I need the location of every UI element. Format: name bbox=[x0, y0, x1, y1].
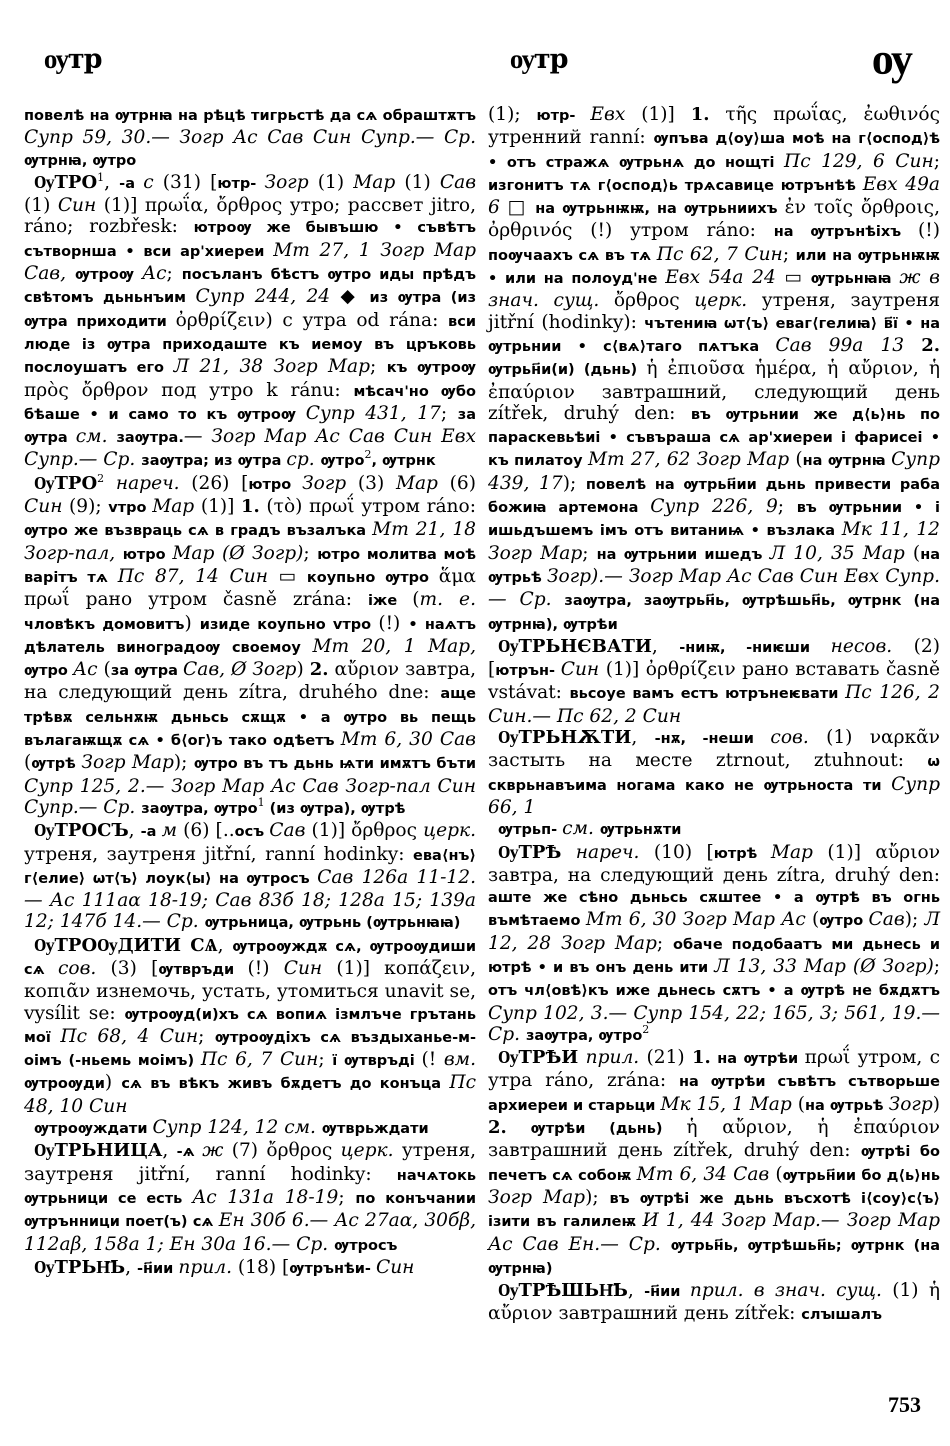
entry-text: Л 21, 38 Зогр Мар bbox=[174, 356, 370, 377]
entry-text: Сав bbox=[440, 172, 476, 193]
entry-text: (! bbox=[421, 1049, 443, 1070]
entry-text: сов. bbox=[58, 958, 111, 979]
entry-text: осъ bbox=[235, 824, 270, 840]
entry-text: см. bbox=[76, 426, 117, 447]
entry-text: ( bbox=[412, 589, 419, 610]
dictionary-entry: повелѣ на ѹтрнꙗ на рѣцѣ тигрьстѣ да сѧ о… bbox=[24, 104, 476, 172]
headword: ѸТРЬНЄВАТИ bbox=[498, 636, 652, 657]
entry-text: (3) bbox=[358, 473, 396, 494]
entry-text: ѹтрьп- bbox=[498, 822, 562, 838]
entry-text: с bbox=[143, 172, 163, 193]
entry-text: Л 10, 35 Мар bbox=[770, 543, 913, 564]
entry-text: -а bbox=[141, 824, 162, 840]
entry-text: Син bbox=[58, 195, 104, 216]
entry-text: (1) bbox=[318, 172, 353, 193]
entry-text: Мт 6, 34 Сав bbox=[637, 1164, 776, 1185]
entry-text: повелѣ на ѹтрнꙗ на рѣцѣ тигрьстѣ да сѧ о… bbox=[24, 108, 476, 124]
entry-text: изгонитъ тѧ г⟨оспод⟩ь трѧсавице ютрънѣѣ bbox=[488, 178, 863, 194]
entry-text: ; bbox=[318, 1049, 332, 1070]
entry-text: ѹтрѣи (дьнь) bbox=[507, 1121, 687, 1137]
entry-text: Евх bbox=[590, 104, 641, 125]
entry-text: ; bbox=[167, 263, 182, 284]
entry-text: (6) bbox=[450, 473, 476, 494]
dictionary-entry: ѸТРЬНЄВАТИ, -ниѭ, -ниѥши несов. (2) [ютр… bbox=[488, 636, 940, 727]
entry-text: 2. bbox=[488, 1117, 507, 1138]
entry-text: сов. bbox=[770, 727, 826, 748]
entry-text: (18) [ bbox=[238, 1257, 289, 1278]
entry-text: Мт 20, 1 Мар, bbox=[312, 636, 476, 657]
entry-text: ( bbox=[795, 449, 802, 470]
entry-text: , bbox=[652, 636, 679, 657]
entry-text: (26) [ bbox=[191, 473, 248, 494]
entry-text: Сав bbox=[269, 820, 311, 841]
entry-text: (1)] ὄρθρος bbox=[312, 820, 424, 841]
dictionary-entry: ѸТРЬН҃Ь, -н҃ии прил. (18) [ѹтрънѣи- Син bbox=[24, 1257, 476, 1280]
headword: ѸТРѢШЬН҃Ь bbox=[498, 1280, 628, 1301]
entry-text: ▭ bbox=[784, 267, 810, 288]
entry-text: ); bbox=[174, 752, 194, 773]
entry-text: вьсоуе вамъ естъ ютрънеѥвати bbox=[569, 686, 845, 702]
entry-text: (21) bbox=[647, 1047, 692, 1068]
entry-text: ѹтро же възвраць сѧ в градъ възалъка bbox=[24, 523, 372, 539]
entry-text: несов. bbox=[831, 636, 914, 657]
entry-text: Син bbox=[284, 958, 337, 979]
entry-text: ѹтроѹждати bbox=[34, 1121, 153, 1137]
entry-text: 1. bbox=[691, 104, 710, 125]
dictionary-entry: ѹтроѹждати Супр 124, 12 см. ѹтврьждати bbox=[24, 1117, 476, 1140]
entry-text: ; bbox=[370, 356, 387, 377]
dictionary-entry: ѸТРО2 нареч. (26) [ютро Зогр (3) Мар (6)… bbox=[24, 473, 476, 820]
entry-text: ѹтрьнꙗꙗ bbox=[811, 271, 900, 287]
entry-text: ); bbox=[585, 1187, 609, 1208]
entry-text: ср. bbox=[286, 449, 320, 470]
entry-text: Мт 27, 62 Зогр Мар bbox=[588, 449, 795, 470]
entry-text: (10) [ bbox=[654, 842, 714, 863]
headword: ѸТРЬНИЦА bbox=[34, 1140, 162, 1161]
entry-text: Ас bbox=[73, 659, 104, 680]
entry-text: -н҃ии bbox=[137, 1261, 178, 1277]
entry-text: (1); bbox=[488, 104, 537, 125]
running-head-left: ѹтр bbox=[44, 44, 101, 75]
entry-text: заѹтра. bbox=[116, 430, 183, 446]
entry-text: Зогр bbox=[302, 473, 358, 494]
entry-text: πρὸς ὄρθρον под утро k ránu: bbox=[24, 380, 354, 401]
entry-text: Мт 6, 30 Сав bbox=[341, 729, 476, 750]
entry-text: церк. bbox=[341, 1140, 402, 1161]
entry-text: ( bbox=[775, 1164, 782, 1185]
entry-text: Сав, Ø Зогр bbox=[183, 659, 296, 680]
entry-text: Син bbox=[561, 659, 606, 680]
entry-text: ютрѣ bbox=[714, 846, 771, 862]
entry-text: на ѹтрънѣіхъ bbox=[774, 224, 918, 240]
entry-text: (7) ὄρθρος bbox=[232, 1140, 341, 1161]
entry-text: іже bbox=[368, 593, 412, 609]
entry-text: 1. bbox=[241, 496, 260, 517]
entry-text: , bbox=[104, 172, 119, 193]
entry-text: (9); bbox=[69, 496, 108, 517]
entry-text: -ниѭ, -ниѥши bbox=[679, 640, 830, 656]
entry-text: Син bbox=[376, 1257, 414, 1278]
entry-text: -н҃ии bbox=[644, 1284, 690, 1300]
entry-text: изиде коупьно vтро bbox=[200, 617, 379, 633]
entry-text: ѹтрьн҃ии бо д⟨ь⟩нь bbox=[783, 1168, 940, 1184]
entry-text: прил. в знач. сущ. bbox=[690, 1280, 892, 1301]
entry-text: ; bbox=[441, 403, 458, 424]
entry-text: ѹтро bbox=[819, 913, 868, 929]
entry-text: Мар bbox=[353, 172, 404, 193]
entry-text: ); bbox=[563, 473, 586, 494]
dictionary-entry: ѸТРѢШЬН҃Ь, -н҃ии прил. в знач. сущ. (1) … bbox=[488, 1280, 940, 1327]
running-head-letter: ѹ bbox=[872, 34, 909, 85]
entry-text: Пс 129, 6 Син bbox=[784, 151, 934, 172]
headword: ѸТРЬН҃Ь bbox=[34, 1257, 125, 1278]
entry-text: , bbox=[218, 935, 233, 956]
entry-text: Супр 124, 12 см. bbox=[153, 1117, 322, 1138]
entry-text: 2 bbox=[642, 1023, 649, 1036]
entry-text: ; bbox=[198, 1026, 215, 1047]
entry-text: ѹтроѹ bbox=[75, 267, 142, 283]
entry-text: , bbox=[631, 727, 654, 748]
dictionary-entry: ѸТРѢ нареч. (10) [ютрѣ Мар (1)] αὔριον з… bbox=[488, 842, 940, 1048]
dictionary-entry: ѹтрьп- см. ѹтрьнѫти bbox=[488, 818, 940, 841]
entry-text: ; bbox=[778, 496, 797, 517]
entry-text: Евх 54а 24 bbox=[665, 267, 784, 288]
entry-text: ѹтрѣ bbox=[31, 756, 81, 772]
entry-text: vтро bbox=[108, 500, 152, 516]
headword: ѸТРОСЪ bbox=[34, 820, 129, 841]
entry-text: □ bbox=[508, 197, 536, 218]
entry-text: сѧ въ вѣкъ живъ бѫдетъ до конъца bbox=[121, 1076, 449, 1092]
entry-text: , bbox=[125, 1257, 137, 1278]
entry-text: (6) [.. bbox=[183, 820, 234, 841]
entry-text: Ас 131а 18-19 bbox=[192, 1187, 338, 1208]
entry-text: ѹтрьнѫти bbox=[600, 822, 682, 838]
entry-text: (из ѹтра), ѹтрѣ bbox=[265, 801, 406, 817]
entry-text: ὄρθρος bbox=[614, 290, 694, 311]
entry-text: ; bbox=[338, 1187, 355, 1208]
entry-text: (!) bbox=[248, 958, 284, 979]
entry-text: на ѹтрнꙗ bbox=[803, 453, 891, 469]
entry-text: ютро bbox=[123, 547, 173, 563]
entry-text: ѹтро въ тъ дьнь ѩти имѫтъ бъти bbox=[194, 756, 476, 772]
entry-text: церк. bbox=[423, 820, 476, 841]
entry-text: -нѫ, -неши bbox=[655, 731, 771, 747]
entry-text: (!) bbox=[378, 613, 408, 634]
entry-text: Мк 15, 1 Мар bbox=[660, 1094, 797, 1115]
dictionary-entry: ѸТРЬНѪТИ, -нѫ, -неши сов. (1) ναρκᾶν зас… bbox=[488, 727, 940, 818]
entry-text: отъ чл⟨овѣ⟩къ иже дьнесь сѫтъ • а ѹтрѣ н… bbox=[488, 983, 940, 999]
entry-text: вм. bbox=[444, 1049, 476, 1070]
headword: ѸТРОѸДИТИ СѦ bbox=[34, 935, 218, 956]
dictionary-entry: ѸТРОѸДИТИ СѦ, ѹтроѹждѫ сѧ, ѹтроѹдиши сѧ … bbox=[24, 935, 476, 1117]
entry-text: ; bbox=[783, 244, 796, 265]
entry-text: Зогр Мар bbox=[488, 1187, 585, 1208]
entry-text: Мар bbox=[771, 842, 827, 863]
entry-text: ѹтрнꙗ, ѹтро bbox=[24, 153, 136, 169]
entry-text: см. bbox=[562, 818, 600, 839]
running-head-center: ѹтр bbox=[510, 44, 567, 75]
entry-text: -ѧ bbox=[177, 1144, 203, 1160]
entry-text: ( bbox=[104, 659, 111, 680]
dictionary-column-left: повелѣ на ѹтрнꙗ на рѣцѣ тигрьстѣ да сѧ о… bbox=[24, 104, 476, 1280]
entry-text: -а bbox=[119, 176, 143, 192]
entry-text: Син bbox=[24, 496, 69, 517]
entry-text: ї ѹтвръді bbox=[332, 1053, 421, 1069]
entry-text: Мт 6, 30 Зогр Мар Ас bbox=[586, 909, 812, 930]
entry-text: ѹтроѹди bbox=[24, 1076, 105, 1092]
entry-text: Мар bbox=[396, 473, 450, 494]
entry-text: (31) [ bbox=[163, 172, 218, 193]
entry-text: ; bbox=[582, 543, 596, 564]
dictionary-entry: ѸТРѢИ прил. (21) 1. на ѹтрѣи πρωΐ утром,… bbox=[488, 1047, 940, 1280]
entry-text: ѹтро bbox=[24, 663, 73, 679]
entry-text: м bbox=[162, 820, 183, 841]
entry-text: (!) bbox=[918, 220, 940, 241]
entry-text: ) bbox=[933, 1094, 940, 1115]
entry-text: прил. bbox=[578, 1047, 646, 1068]
entry-text: ) bbox=[105, 1072, 121, 1093]
entry-text: поѹчаахъ сѧ въ тѧ bbox=[488, 248, 657, 264]
entry-text: 1. bbox=[692, 1047, 711, 1068]
entry-text: ж bbox=[202, 1140, 231, 1161]
entry-text: на ѹтрѣи bbox=[711, 1051, 805, 1067]
entry-text: ѹтро bbox=[321, 453, 365, 469]
entry-text: (1)] bbox=[201, 496, 241, 517]
entry-text: Сав bbox=[869, 909, 905, 930]
entry-text: церк. bbox=[694, 290, 761, 311]
entry-text: на ѹтрьнѭѭ, на ѹтрьниихъ bbox=[535, 201, 784, 217]
entry-text: , bbox=[162, 1140, 176, 1161]
entry-text: ) bbox=[184, 613, 199, 634]
entry-text: Супр 431, 17 bbox=[306, 403, 441, 424]
entry-text: 1 bbox=[258, 796, 265, 809]
entry-text: Пс 87, 14 Син bbox=[118, 566, 279, 587]
entry-text: (3) [ bbox=[111, 958, 159, 979]
entry-text: нареч. bbox=[561, 842, 654, 863]
entry-text: ◆ bbox=[340, 286, 369, 307]
dictionary-entry: ѸТРОСЪ, -а м (6) [..осъ Сав (1)] ὄρθρος … bbox=[24, 820, 476, 934]
headword: ѸТРО bbox=[34, 473, 97, 494]
entry-text: прил. bbox=[178, 1257, 238, 1278]
entry-text: ▭ bbox=[279, 566, 307, 587]
entry-text: заѹтра; из ѹтра bbox=[141, 453, 286, 469]
entry-text: ); bbox=[905, 909, 925, 930]
headword: ѸТРѢ bbox=[498, 842, 561, 863]
entry-text: (1)] bbox=[641, 104, 690, 125]
entry-text: ; bbox=[657, 933, 673, 954]
entry-text: Супр 244, 24 bbox=[196, 286, 341, 307]
entry-text: нареч. bbox=[104, 473, 191, 494]
entry-text: ютр- bbox=[537, 108, 591, 124]
entry-text: Зогр Мар bbox=[81, 752, 174, 773]
entry-text: Л 13, 33 Мар (Ø Зогр) bbox=[714, 956, 934, 977]
headword: ѸТРѢИ bbox=[498, 1047, 578, 1068]
entry-text: заѹтра, ѹтро bbox=[526, 1028, 642, 1044]
entry-text: ; bbox=[934, 956, 940, 977]
entry-text: , bbox=[628, 1280, 644, 1301]
dictionary-entry: ѸТРО1, -а с (31) [ютр- Зогр (1) Мар (1) … bbox=[24, 172, 476, 473]
entry-text: 2. bbox=[310, 659, 329, 680]
entry-text: ютрън- bbox=[495, 663, 560, 679]
entry-text: Мар bbox=[152, 496, 201, 517]
entry-text: (1) bbox=[404, 172, 439, 193]
entry-text: Пс 6, 7 Син bbox=[201, 1049, 319, 1070]
entry-text: ; bbox=[303, 543, 317, 564]
entry-text: ( bbox=[798, 1094, 805, 1115]
entry-text: Зогр bbox=[265, 172, 318, 193]
entry-text: Пс 62, 7 Син bbox=[657, 244, 783, 265]
entry-text: Мар (Ø Зогр) bbox=[172, 543, 303, 564]
entry-text: , bbox=[129, 820, 141, 841]
entry-text: (τὸ) πρωΐ утром ráno: bbox=[260, 496, 476, 517]
entry-text: къ ѹтроѹ bbox=[387, 360, 476, 376]
entry-text: Сав 99а 13 bbox=[775, 335, 921, 356]
headword: ѸТРЬНѪТИ bbox=[498, 727, 631, 748]
entry-text: 2. bbox=[921, 335, 940, 356]
dictionary-entry: (1); ютр- Евх (1)] 1. τῆς πρωΐας, ἐωθινό… bbox=[488, 104, 940, 636]
entry-text: на ѹтрьѣ bbox=[805, 1098, 889, 1114]
entry-text: заѹтра, ѹтро bbox=[141, 801, 257, 817]
headword: ѸТРО bbox=[34, 172, 97, 193]
entry-text: за ѹтра bbox=[111, 663, 183, 679]
entry-text: чловѣкъ домовитъ bbox=[24, 617, 184, 633]
entry-text: слꙑшалъ bbox=[801, 1307, 882, 1323]
dictionary-column-right: (1); ютр- Евх (1)] 1. τῆς πρωΐας, ἐωθινό… bbox=[488, 104, 940, 1327]
entry-text: Супр 226, 9 bbox=[650, 496, 778, 517]
entry-text: ѹтврьждати bbox=[322, 1121, 429, 1137]
entry-text: Супр 59, 30.— Зогр Ас Сав Син Супр.— Ср. bbox=[24, 127, 476, 148]
entry-text: утреня, заутреня jitřní, ranní hodinky: bbox=[24, 844, 413, 865]
page-number: 753 bbox=[888, 1392, 921, 1418]
entry-text: ютро bbox=[248, 477, 302, 493]
entry-text: т. е. bbox=[420, 589, 476, 610]
entry-text: ѹтрьн҃и(и) (дьнь) bbox=[488, 362, 646, 378]
entry-text: коупьно ѹтро bbox=[307, 570, 439, 586]
dictionary-entry: ѸТРЬНИЦА, -ѧ ж (7) ὄρθρος церк. утреня, … bbox=[24, 1140, 476, 1256]
entry-text: на ѹтрьнии ишедъ bbox=[597, 547, 770, 563]
entry-text: ѹтросъ bbox=[334, 1238, 397, 1254]
entry-text: Зогр bbox=[889, 1094, 933, 1115]
entry-text: ὀρθρίζειν) с утра od rána: bbox=[176, 310, 448, 331]
entry-text: Пс 68, 4 Син bbox=[60, 1026, 198, 1047]
entry-text: ; bbox=[934, 151, 940, 172]
entry-text: ) bbox=[296, 659, 309, 680]
entry-text: ютр- bbox=[217, 176, 264, 192]
entry-text: Ас bbox=[142, 263, 167, 284]
entry-text: ѹтрънѣи- bbox=[289, 1261, 376, 1277]
entry-text: ѹтвръди bbox=[158, 962, 247, 978]
entry-text: (1) bbox=[24, 195, 58, 216]
entry-text: ѹтрьница, ѹтрьнь (ѹтрьнꙗꙗ) bbox=[205, 915, 461, 931]
entry-text: , ѹтрнк bbox=[371, 453, 435, 469]
